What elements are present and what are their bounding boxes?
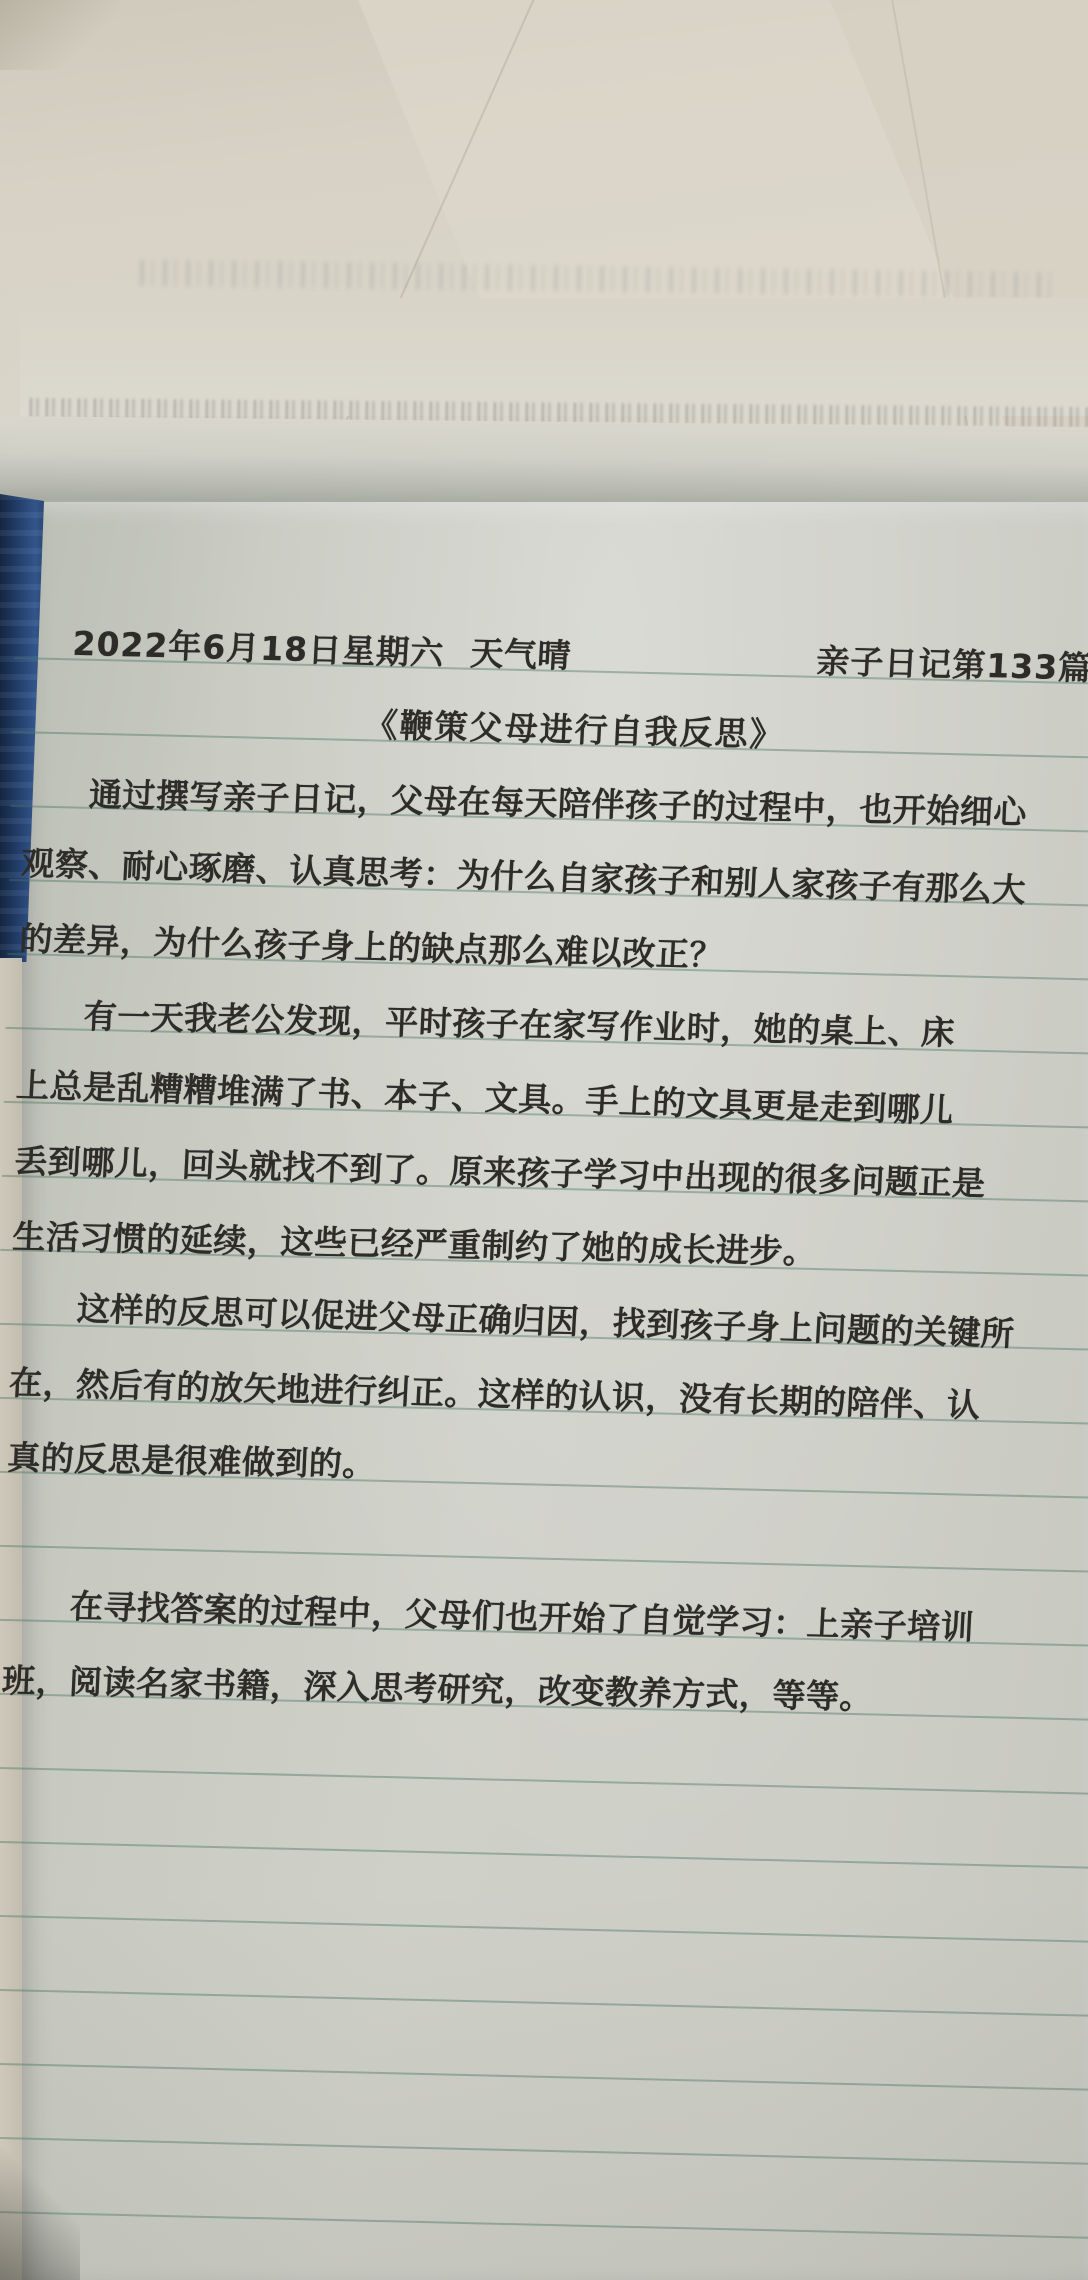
ruled-page: 2022年6月18日星期六 天气晴 亲子日记第133篇 《鞭策父母进行自我反思》…: [0, 585, 1088, 2239]
notebook-back-sheet: [20, 298, 1088, 416]
diary-date: 2022年6月18日星期六: [71, 618, 445, 675]
diary-weather: 天气晴: [469, 628, 572, 678]
diary-photo: 2022年6月18日星期六 天气晴 亲子日记第133篇 《鞭策父母进行自我反思》…: [0, 0, 1088, 2280]
corner-shading: [0, 0, 120, 70]
diary-issue: 亲子日记第133篇: [815, 635, 1088, 689]
diary-line-text: 真的反思是很难做到的。: [6, 1432, 377, 1486]
diary-title: 《鞭策父母进行自我反思》: [364, 699, 786, 756]
corner-shadow: [0, 2130, 80, 2280]
